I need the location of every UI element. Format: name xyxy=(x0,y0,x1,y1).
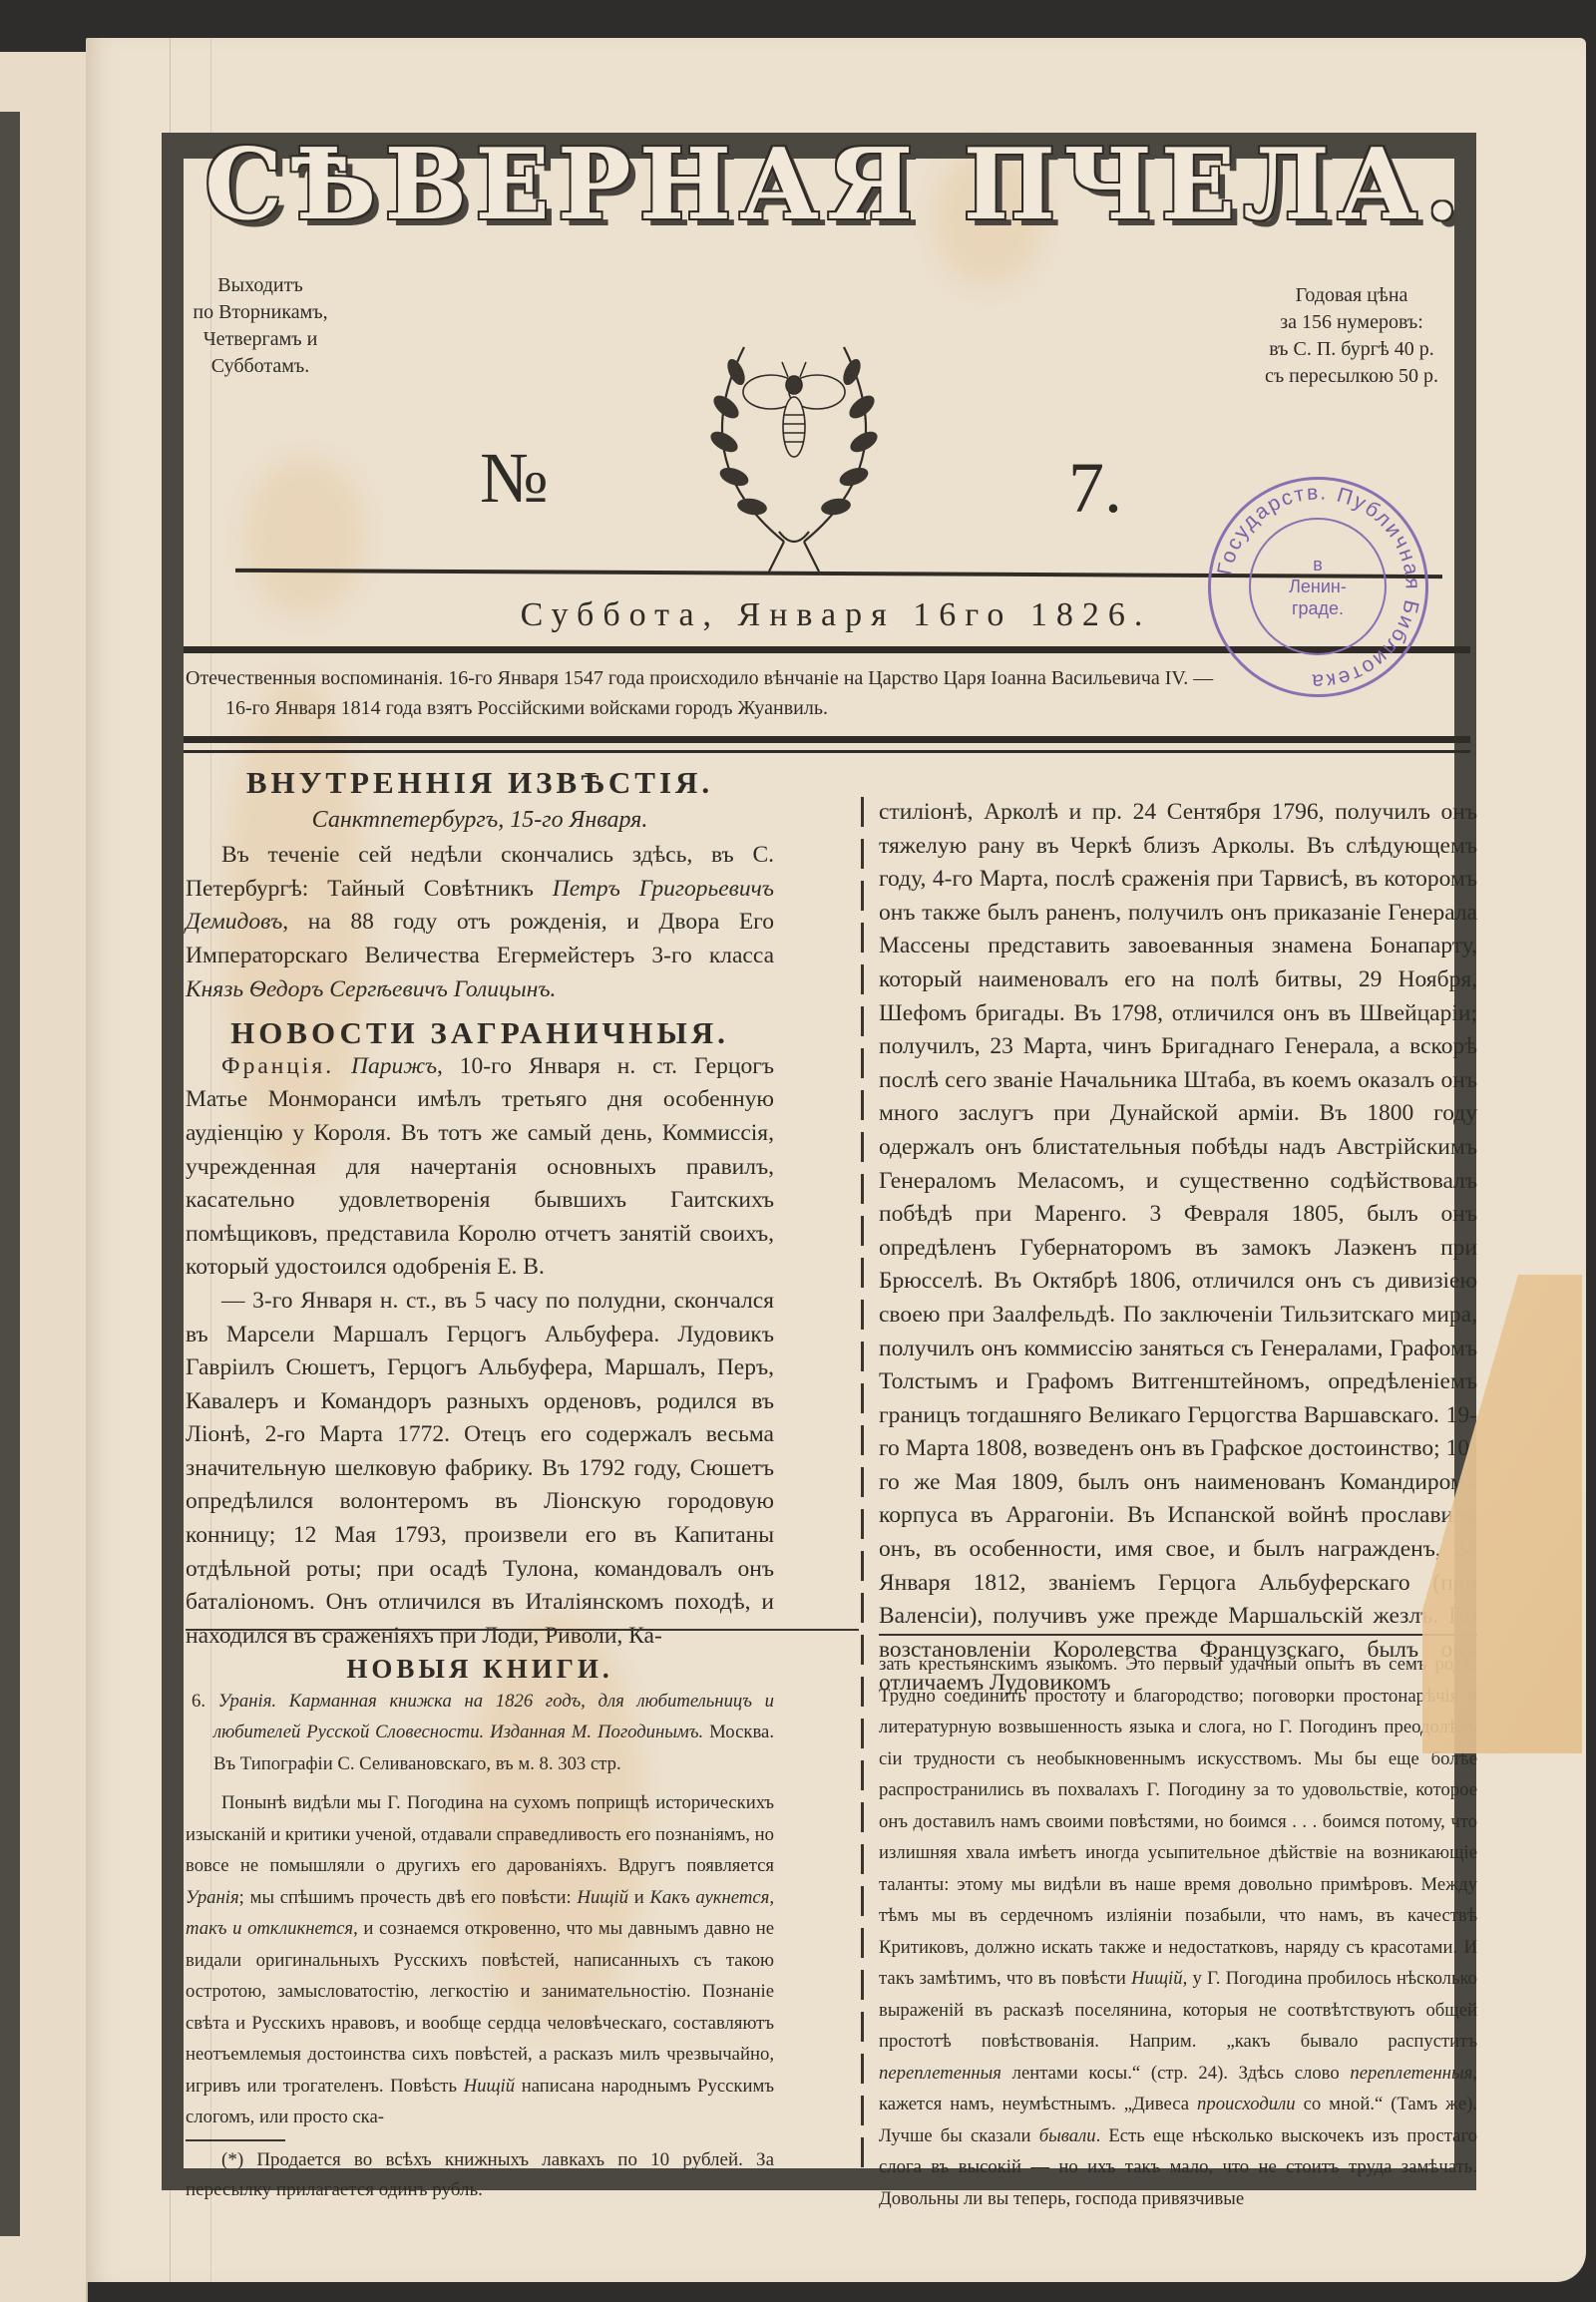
book-title: Уранія. Карманная книжка на 1826 годъ, д… xyxy=(213,1691,774,1743)
column-divider xyxy=(861,791,864,2172)
quoted-word: переплетенныя xyxy=(879,2063,1001,2084)
domestic-news-paragraph: Въ теченіе сей недѣли скончались здѣсь, … xyxy=(186,839,774,1006)
publication-schedule: Выходитъ по Вторникамъ, Четвергамъ и Суб… xyxy=(176,272,345,380)
city-name: Парижъ xyxy=(351,1053,437,1079)
subscription-price: Годовая цѣна за 156 нумеровъ: въ С. П. б… xyxy=(1237,282,1466,390)
text-run: лентами косы.“ (стр. 24). Здѣсь слово xyxy=(1012,2063,1340,2084)
obituary-paragraph: — 3-го Января н. ст., въ 5 часу по полуд… xyxy=(186,1285,774,1654)
quoted-word: переплетенныя xyxy=(1350,2063,1472,2084)
stamp-line: Ленин- xyxy=(1289,575,1347,597)
footnote-rule xyxy=(186,2139,285,2141)
memories-line: Отечественныя воспоминанія. 16-го Января… xyxy=(186,663,1452,693)
section-rule xyxy=(879,1634,1477,1636)
schedule-line: Субботамъ. xyxy=(176,353,345,380)
newspaper-page: СѢВЕРНАЯ ПЧЕЛА. Выходитъ по Вторникамъ, … xyxy=(86,38,1586,2282)
book-title: Уранія xyxy=(186,1887,239,1908)
text-run: и xyxy=(634,1887,644,1908)
historical-memories: Отечественныя воспоминанія. 16-го Января… xyxy=(186,663,1452,723)
story-title: Нищій xyxy=(1131,1968,1182,1989)
foreign-news-heading: НОВОСТИ ЗАГРАНИЧНЫЯ. xyxy=(186,1016,774,1050)
foreign-news-paragraph: Франція. Парижъ, 10-го Января н. ст. Гер… xyxy=(186,1050,774,1285)
stamp-inner-text: в Ленин- граде. xyxy=(1249,518,1387,655)
domestic-news-heading: ВНУТРЕННІЯ ИЗВѢСТІЯ. xyxy=(186,766,774,800)
book-review: Понынѣ видѣли мы Г. Погодина на сухомъ п… xyxy=(186,1787,774,2133)
right-column: стиліонѣ, Арколѣ и пр. 24 Сентября 1796,… xyxy=(879,796,1477,1701)
memories-rule xyxy=(184,736,1470,743)
left-column: ВНУТРЕННІЯ ИЗВѢСТІЯ. Санктпетербургъ, 15… xyxy=(186,766,774,1653)
book-entry: 6. Уранія. Карманная книжка на 1826 годъ… xyxy=(186,1686,774,1780)
person-name: Князь Ѳедоръ Сергѣевичъ Голицынъ. xyxy=(186,976,556,1002)
quoted-word: бывали xyxy=(1039,2125,1096,2146)
text-run: , 10-го Января н. ст. Герцогъ Матье Монм… xyxy=(186,1053,774,1281)
price-line: Годовая цѣна xyxy=(1237,282,1466,309)
stamp-line: граде. xyxy=(1289,597,1347,619)
obituary-continued: стиліонѣ, Арколѣ и пр. 24 Сентября 1796,… xyxy=(879,796,1477,1701)
price-line: за 156 нумеровъ: xyxy=(1237,309,1466,336)
schedule-line: Четвергамъ и xyxy=(176,326,345,353)
new-books-heading: НОВЫЯ КНИГИ. xyxy=(186,1654,774,1686)
review-continued: зать крестьянскимъ языкомъ. Это первый у… xyxy=(879,1649,1477,2214)
price-line: въ С. П. бургѣ 40 р. xyxy=(1237,336,1466,363)
text-run: , и сознаемся откровенно, что мы давнымъ… xyxy=(186,1918,774,2097)
entry-number: 6. xyxy=(192,1691,205,1712)
domestic-dateline: Санктпетербургъ, 15-го Января. xyxy=(186,804,774,838)
schedule-line: Выходитъ xyxy=(176,272,345,299)
price-line: съ пересылкою 50 р. xyxy=(1237,363,1466,390)
section-rule xyxy=(186,1629,859,1631)
text-run: Понынѣ видѣли мы Г. Погодина на сухомъ п… xyxy=(186,1792,774,1876)
story-title: Нищій xyxy=(577,1887,627,1908)
number-sign: № xyxy=(480,437,549,520)
adjacent-page-edge xyxy=(0,52,88,2302)
issue-number: 7. xyxy=(1068,447,1122,530)
adjacent-page-border xyxy=(0,112,20,2236)
story-title: Нищій xyxy=(464,2076,515,2097)
text-run: зать крестьянскимъ языкомъ. Это первый у… xyxy=(879,1654,1477,1989)
stamp-line: в xyxy=(1289,554,1347,575)
bee-wreath-icon xyxy=(674,327,914,576)
books-review-continued: зать крестьянскимъ языкомъ. Это первый у… xyxy=(879,1649,1477,2214)
text-run: ; мы спѣшимъ прочесть двѣ его повѣсти: xyxy=(239,1887,572,1908)
memories-rule-thin xyxy=(184,750,1470,753)
books-section: НОВЫЯ КНИГИ. 6. Уранія. Карманная книжка… xyxy=(186,1654,774,2205)
schedule-line: по Вторникамъ, xyxy=(176,299,345,326)
footnote: (*) Продается во всѣхъ книжныхъ лавкахъ … xyxy=(186,2145,774,2205)
number-sign-glyph: № xyxy=(480,438,549,518)
newspaper-title: СѢВЕРНАЯ ПЧЕЛА. xyxy=(86,128,1586,242)
quoted-word: происходили xyxy=(1197,2094,1296,2114)
country-name: Франція. xyxy=(221,1053,334,1079)
memories-line: 16-го Января 1814 года взятъ Россійскими… xyxy=(186,693,1452,723)
